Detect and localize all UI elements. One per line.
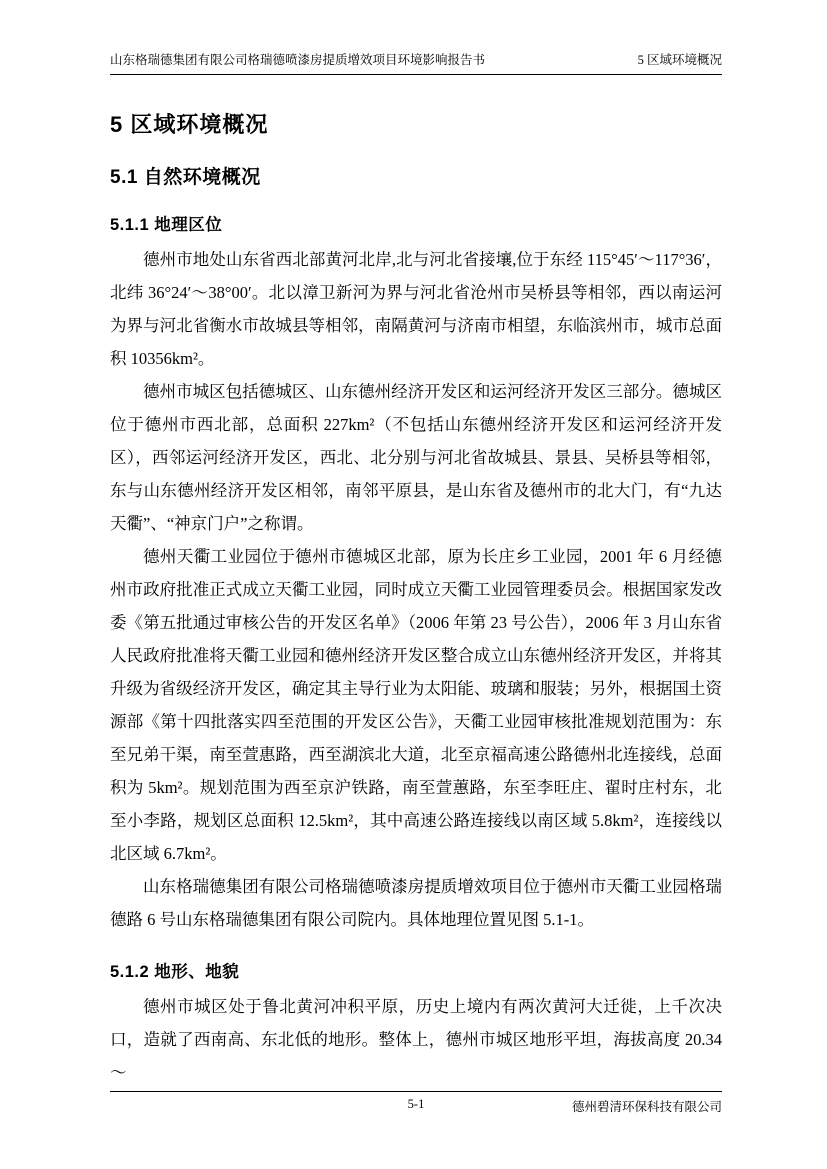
paragraph-geography-3: 德州天衢工业园位于德州市德城区北部，原为长庄乡工业园，2001 年 6 月经德州…: [110, 540, 722, 870]
document-page: 山东格瑞德集团有限公司格瑞德喷漆房提质增效项目环境影响报告书 5 区域环境概况 …: [0, 0, 827, 1169]
chapter-heading: 5 区域环境概况: [110, 111, 722, 139]
document-content: 5 区域环境概况 5.1 自然环境概况 5.1.1 地理区位 德州市地处山东省西…: [110, 78, 722, 1089]
paragraph-geography-4: 山东格瑞德集团有限公司格瑞德喷漆房提质增效项目位于德州市天衢工业园格瑞德路 6 …: [110, 870, 722, 936]
paragraph-geography-1: 德州市地处山东省西北部黄河北岸,北与河北省接壤,位于东经 115°45′～117…: [110, 243, 722, 375]
page-footer: 5-1 德州碧清环保科技有限公司: [110, 1091, 722, 1118]
section-heading: 5.1 自然环境概况: [110, 166, 722, 190]
subsection-heading-geography: 5.1.1 地理区位: [110, 215, 722, 236]
header-report-title: 山东格瑞德集团有限公司格瑞德喷漆房提质增效项目环境影响报告书: [110, 52, 485, 68]
subsection-heading-terrain: 5.1.2 地形、地貌: [110, 962, 722, 983]
paragraph-geography-2: 德州市城区包括德城区、山东德州经济开发区和运河经济开发区三部分。德城区位于德州市…: [110, 375, 722, 540]
footer-company-name: 德州碧清环保科技有限公司: [572, 1097, 722, 1115]
paragraph-terrain-1: 德州市城区处于鲁北黄河冲积平原，历史上境内有两次黄河大迁徙，上千次决口，造就了西…: [110, 990, 722, 1089]
header-chapter-label: 5 区域环境概况: [638, 52, 722, 68]
page-header: 山东格瑞德集团有限公司格瑞德喷漆房提质增效项目环境影响报告书 5 区域环境概况: [110, 52, 722, 75]
